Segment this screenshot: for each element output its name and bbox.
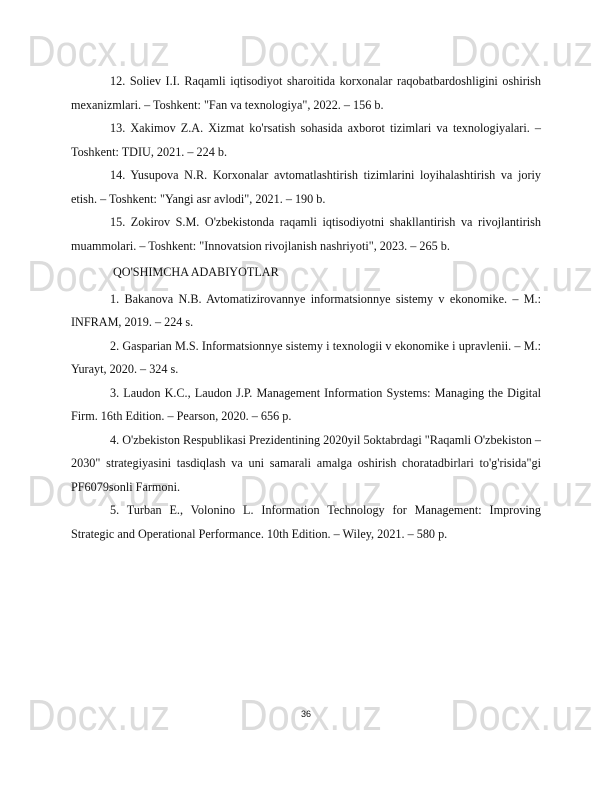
reference-item: 2. Gasparian M.S. Informatsionnye sistem… [71, 335, 541, 382]
reference-item: 14. Yusupova N.R. Korxonalar avtomatlash… [71, 164, 541, 211]
watermark: Docx.uz [450, 30, 593, 74]
page-number: 36 [0, 709, 612, 719]
reference-item: 15. Zokirov S.M. O'zbekistonda raqamli i… [71, 211, 541, 258]
reference-item: 5. Turban E., Volonino L. Information Te… [71, 499, 541, 546]
watermark: Docx.uz [27, 30, 170, 74]
section-heading: QO'SHIMCHA ADABIYOTLAR [71, 261, 541, 285]
document-page: Docx.uz Docx.uz Docx.uz Docx.uz Docx.uz … [0, 0, 612, 792]
reference-item: 4. O'zbekiston Respublikasi Prezidentini… [71, 429, 541, 500]
bibliography: 12. Soliev I.I. Raqamli iqtisodiyot shar… [71, 70, 541, 546]
reference-item: 1. Bakanova N.B. Avtomatizirovannye info… [71, 288, 541, 335]
watermark: Docx.uz [239, 30, 382, 74]
reference-item: 3. Laudon K.C., Laudon J.P. Management I… [71, 382, 541, 429]
reference-item: 13. Xakimov Z.A. Xizmat ko'rsatish sohas… [71, 117, 541, 164]
reference-item: 12. Soliev I.I. Raqamli iqtisodiyot shar… [71, 70, 541, 117]
